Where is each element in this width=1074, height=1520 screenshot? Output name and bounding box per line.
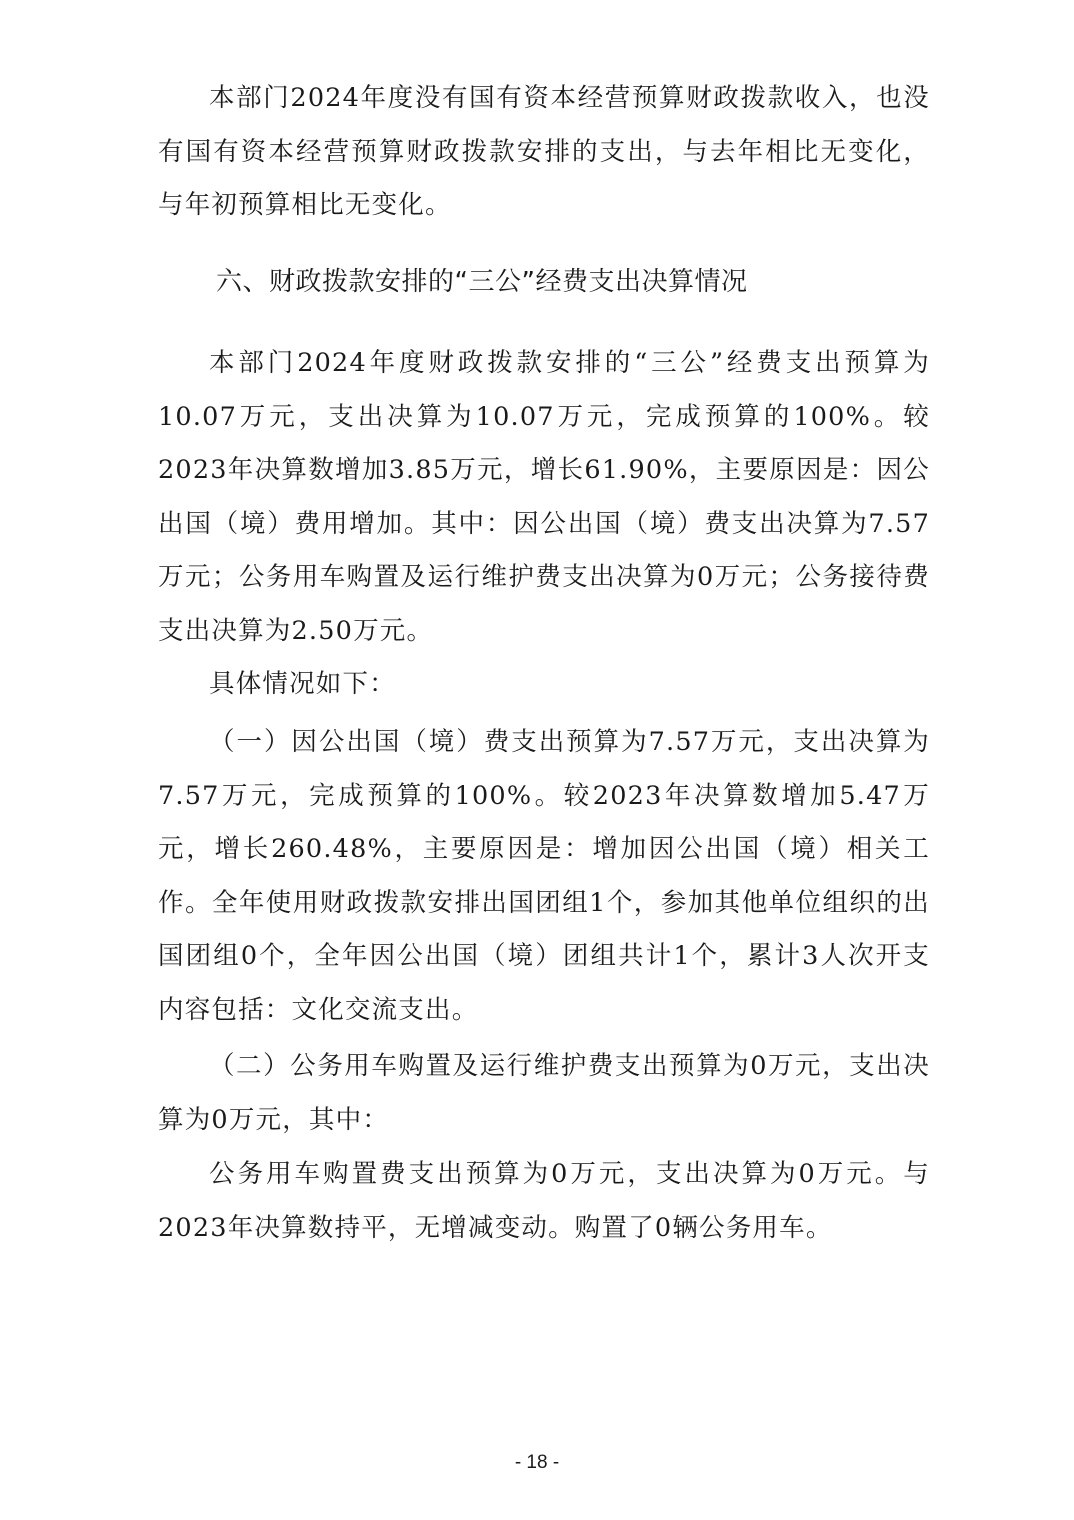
paragraph-three-public-summary: 本部门2024年度财政拨款安排的“三公”经费支出预算为10.07万元，支出决算为…: [158, 337, 930, 658]
paragraph-details-intro: 具体情况如下：: [158, 658, 930, 712]
page-number: - 18 -: [0, 1452, 1074, 1474]
paragraph-overseas-expenses: （一）因公出国（境）费支出预算为7.57万元，支出决算为7.57万元，完成预算的…: [158, 716, 930, 1037]
section-heading-three-public-expenses: 六、财政拨款安排的“三公”经费支出决算情况: [216, 257, 747, 307]
paragraph-state-capital-budget: 本部门2024年度没有国有资本经营预算财政拨款收入，也没有国有资本经营预算财政拨…: [158, 72, 930, 233]
document-page: 本部门2024年度没有国有资本经营预算财政拨款收入，也没有国有资本经营预算财政拨…: [0, 0, 1074, 1520]
paragraph-vehicle-expenses: （二）公务用车购置及运行维护费支出预算为0万元，支出决算为0万元，其中：: [158, 1040, 930, 1147]
paragraph-vehicle-purchase: 公务用车购置费支出预算为0万元，支出决算为0万元。与2023年决算数持平，无增减…: [158, 1148, 930, 1255]
